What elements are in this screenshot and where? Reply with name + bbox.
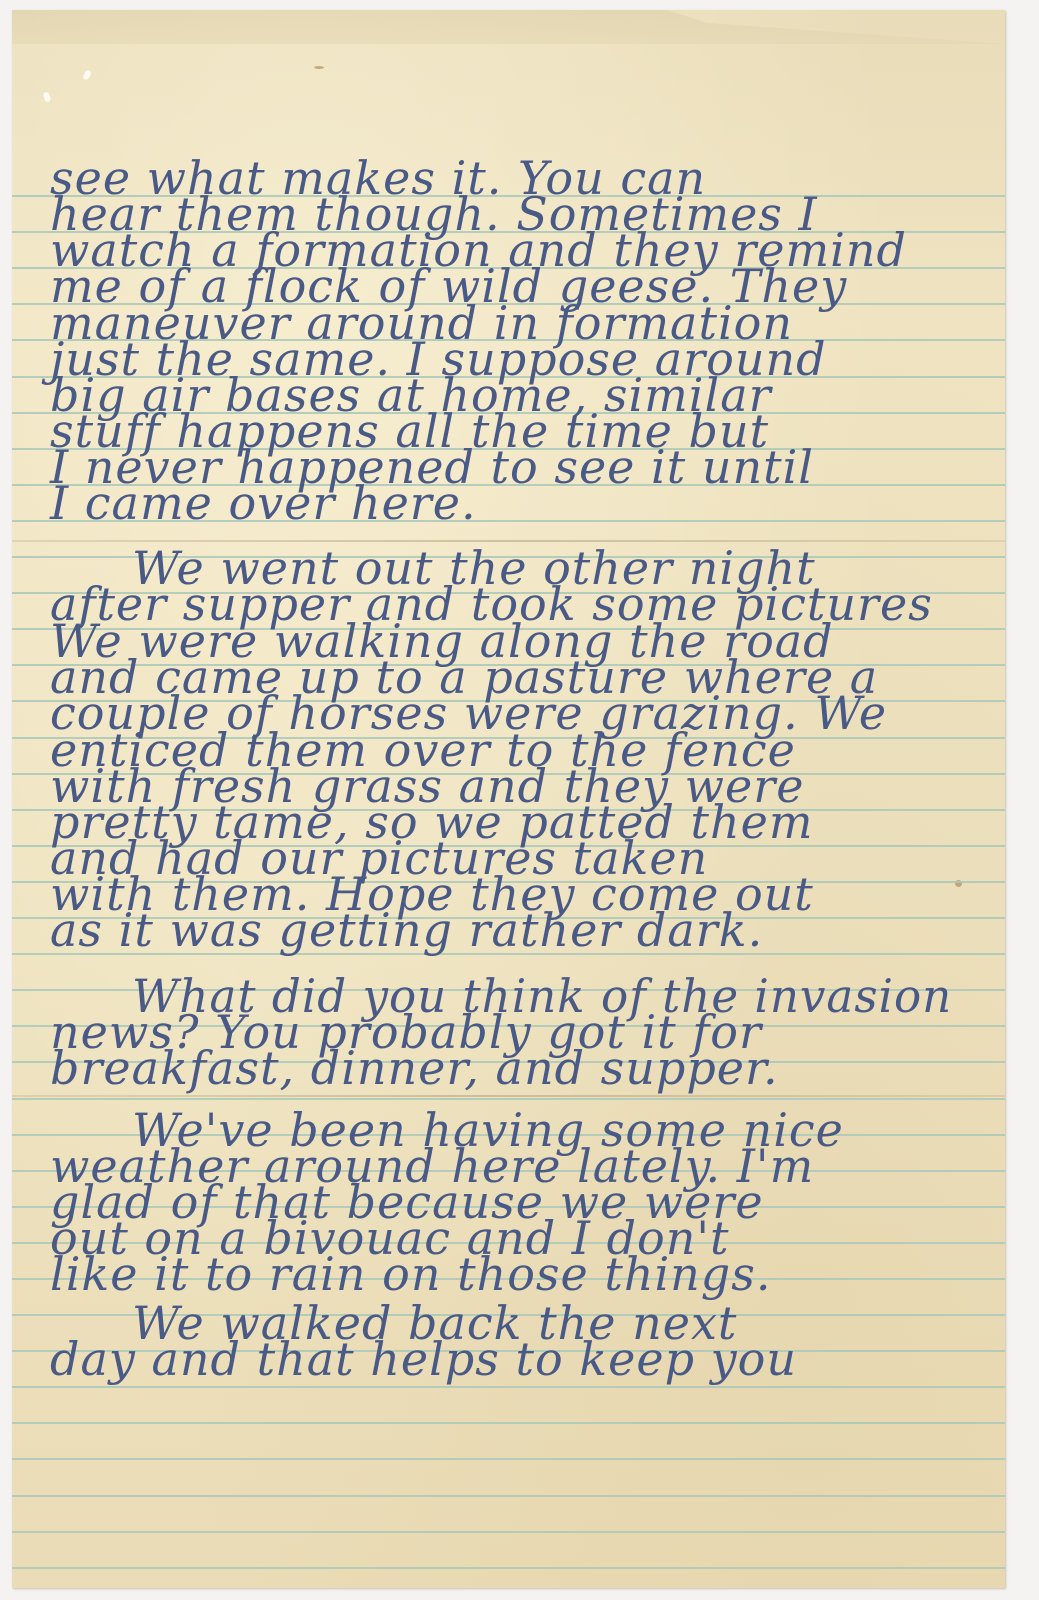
scanned-letter: see what makes it. You canhear them thou… xyxy=(0,0,1039,1600)
fold-crease xyxy=(12,1095,1005,1097)
paper-speck xyxy=(42,91,51,102)
handwritten-line: day and that helps to keep you xyxy=(50,1336,797,1382)
stain-mark xyxy=(314,66,324,69)
ruled-line xyxy=(12,1098,1005,1100)
letter-page: see what makes it. You canhear them thou… xyxy=(12,10,1005,1588)
handwritten-line: like it to rain on those things. xyxy=(50,1251,771,1297)
ruled-line xyxy=(12,1458,1005,1460)
ruled-line xyxy=(12,1531,1005,1533)
torn-top-edge xyxy=(12,10,1005,44)
handwritten-line: as it was getting rather dark. xyxy=(50,907,763,953)
ruled-line xyxy=(12,1567,1005,1569)
ruled-line xyxy=(12,1422,1005,1424)
paper-speck xyxy=(82,69,92,81)
handwritten-line: breakfast, dinner, and supper. xyxy=(50,1045,779,1091)
handwritten-line: I came over here. xyxy=(50,480,477,526)
ruled-line xyxy=(12,1386,1005,1388)
ruled-line xyxy=(12,1495,1005,1497)
